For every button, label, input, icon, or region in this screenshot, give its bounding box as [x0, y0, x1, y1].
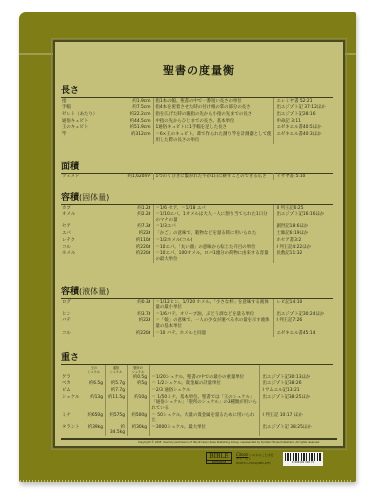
- section-heading-length: 長さ: [61, 83, 333, 98]
- unit-description: 1つのくびきに繋がれた牛が1日に耕すことのできる広さ: [153, 173, 273, 180]
- royal-shekel-value: [83, 374, 105, 381]
- unit-value: 約51.9cm: [123, 125, 153, 132]
- table-row: 手幅約7.5cm指4本を密着させた時の付け根の掌の部分の長さ出エジプト記 37:…: [61, 105, 333, 112]
- scripture-reference: I 列王記7:26: [273, 318, 333, 330]
- unit-description: 指1本の幅。聖書の中で一番短い長さの単位: [153, 98, 273, 105]
- scripture-reference: I サムエル記13:21: [259, 388, 333, 395]
- unit-value: 約220ℓ: [123, 330, 153, 337]
- section-heading-area: 面積: [61, 159, 333, 174]
- unit-description: ＝1/10エパ。1オメルは大人一人に割り当てられた1日分のマナの量: [153, 212, 273, 224]
- unit-value: 約220ℓ: [123, 251, 153, 263]
- scripture-reference: エレミヤ書 52:21: [273, 98, 333, 105]
- unit-description: 中指の先からひじまでの長さ。基本単位: [153, 118, 273, 125]
- unit-value: 約3.7ℓ: [123, 311, 153, 318]
- unit-name: エパ: [61, 231, 123, 238]
- clear-file-folder: 聖書の度量衡 長さ 指約1.9cm指1本の幅。聖書の中で一番短い長さの単位エレミ…: [19, 12, 356, 482]
- unit-value: 約7.5cm: [123, 105, 153, 112]
- table-row: レテク約110ℓ＝1/2ホメル(コル)ホセア書3:2: [61, 237, 333, 244]
- unit-name: ミナ: [61, 412, 83, 424]
- barcode: 4 943192 320 71: [283, 452, 323, 466]
- table-row: コル約220ℓ＝10エパ。「丸い器」の意味から転じた升目の単位I 列王記4:22…: [61, 244, 333, 251]
- area-table: ツェメド約1,620m²1つのくびきに繋がれた牛が1日に耕すことのできる広さイザ…: [61, 173, 333, 180]
- section-heading-weight: 重さ: [61, 350, 333, 365]
- unit-description: 指4本を密着させた時の付け根の掌の部分の長さ: [153, 105, 273, 112]
- unit-name: 指: [61, 98, 123, 105]
- unit-name: 竿: [61, 131, 123, 143]
- table-row: セア約7.3ℓ＝1/3エパ創世記18:6ほか: [61, 224, 333, 231]
- weight-col-name: [61, 365, 83, 374]
- table-row: ログ約0.3ℓ＝1/12ヒン、1/720 ホメル。「小さな杯」を意味する液体量の…: [61, 299, 333, 311]
- unit-description: 「かご」の意味で、穀物などを量る時に用いられた: [153, 231, 273, 238]
- unit-name: レテク: [61, 237, 123, 244]
- scripture-reference: 出エジプト記 38:25ほか: [259, 424, 333, 436]
- unit-name: コル: [61, 244, 123, 251]
- unit-description: ＝ 50シェケル。大量の貴金属を量るために用いられた: [149, 412, 259, 424]
- unit-name: ベカ: [61, 381, 83, 388]
- heading-text: 重さ: [61, 353, 79, 363]
- unit-name: タラント: [61, 424, 83, 436]
- heading-text: 容積: [61, 193, 79, 203]
- table-row: オメル約2.2ℓ＝1/10エパ。1オメルは大人一人に割り当てられた1日分のマナの…: [61, 212, 333, 224]
- weight-col-sanctuary: 聖所の シェケル: [127, 365, 149, 374]
- scripture-reference: 申命記 3:11: [273, 118, 333, 125]
- table-row: シェケル約13g約11.5g約10g＝ 1/50ミナ。基本単位。聖書では「王のシ…: [61, 394, 333, 412]
- table-row: 通俗キュビト約44.5cm中指の先からひじまでの長さ。基本単位申命記 3:11: [61, 118, 333, 125]
- table-row: ツェメド約1,620m²1つのくびきに繋がれた牛が1日に耕すことのできる広さイザ…: [61, 173, 333, 180]
- unit-description: ＝ 1/2シェケル。貴金属の計量単位: [149, 381, 259, 388]
- common-shekel-value: 約11.5g: [105, 394, 127, 412]
- unit-value: 約7.3ℓ: [123, 224, 153, 231]
- sanctuary-shekel-value: 約30kg: [127, 424, 149, 436]
- unit-value: 約312cm: [123, 131, 153, 143]
- weight-col-desc: [149, 365, 259, 374]
- logo-sub-text: KNOWLEDGE: [207, 460, 231, 464]
- scripture-reference: 出エジプト記28:16: [273, 111, 333, 118]
- table-row: コル約220ℓ＝10 バテ。ホメルと同量エゼキエル書45:14: [61, 330, 333, 337]
- length-table: 指約1.9cm指1本の幅。聖書の中で一番短い長さの単位エレミヤ書 52:21手幅…: [61, 98, 333, 144]
- common-shekel-value: [105, 374, 127, 381]
- unit-name: オメル: [61, 212, 123, 224]
- scripture-reference: I 列王記4:22ほか: [273, 244, 333, 251]
- unit-value: 約1,620m²: [123, 173, 153, 180]
- unit-value: 約1.9cm: [123, 98, 153, 105]
- heading-text: 容積: [61, 287, 79, 297]
- unit-name: コル: [61, 330, 123, 337]
- unit-description: ＝1/3エパ: [153, 224, 273, 231]
- unit-name: 通俗キュビト: [61, 118, 123, 125]
- scripture-reference: ホセア書3:2: [273, 237, 333, 244]
- weight-table: 王の シェケル 通俗 シェケル 聖所の シェケル ゲラ約0.5g＝1/20シェケ…: [61, 365, 333, 436]
- unit-value: 約22ℓ: [123, 318, 153, 330]
- unit-name: カブ: [61, 205, 123, 212]
- bottom-rule: [61, 438, 337, 440]
- unit-value: 約22.2cm: [123, 111, 153, 118]
- unit-value: 約1.2ℓ: [123, 205, 153, 212]
- unit-description: ＝「娘」の意味で、一人の少女が運べる水の量を示す液体量の基本単位: [153, 318, 273, 330]
- scripture-reference: 出エジプト記38:25ほか: [259, 394, 333, 412]
- unit-description: ＝10エパ。「丸い器」の意味から転じた升目の単位: [153, 244, 273, 251]
- sanctuary-shekel-value: 約500g: [127, 412, 149, 424]
- royal-shekel-value: [83, 388, 105, 395]
- scripture-reference: レビ記14:10: [273, 299, 333, 311]
- unit-value: 約2.2ℓ: [123, 212, 153, 224]
- barcode-number: 4 943192 320 71: [285, 461, 321, 464]
- table-row: ゲラ約0.5g＝1/20シェケル。聖書の中での最小の重量単位出エジプト記30:1…: [61, 374, 333, 381]
- document-sheet: 聖書の度量衡 長さ 指約1.9cm指1本の幅。聖書の中で一番短い長さの単位エレミ…: [53, 40, 345, 448]
- unit-description: ＝1/2ホメル(コル): [153, 237, 273, 244]
- common-shekel-value: 約7.7g: [105, 388, 127, 395]
- royal-shekel-value: 約6.5g: [83, 381, 105, 388]
- common-shekel-value: 約34.5kg: [105, 424, 127, 436]
- unit-description: ＝1/12ヒン、1/720 ホメル。「小さな杯」を意味する液体量の最小単位: [153, 299, 273, 311]
- copyright-notice: Copyright © 2005. Used by permission of …: [50, 441, 320, 444]
- unit-name: シェケル: [61, 394, 83, 412]
- unit-value: 約44.5cm: [123, 118, 153, 125]
- unit-description: ＝2/3 通俗シェケル: [149, 388, 259, 395]
- table-row: 竿約312cm＝6×王のキュビト。葦で作られた測り竿を計測器として使用した際の長…: [61, 131, 333, 143]
- table-row: ピム約7.7g＝2/3 通俗シェケルI サムエル記13:21: [61, 388, 333, 395]
- scripture-reference: イザヤ書 5:10: [273, 173, 333, 180]
- table-row: 指約1.9cm指1本の幅。聖書の中で一番短い長さの単位エレミヤ書 52:21: [61, 98, 333, 105]
- scripture-reference: 出エジプト記30:13ほか: [259, 374, 333, 381]
- common-shekel-value: 約575g: [105, 412, 127, 424]
- table-row: タラント約39kg約34.5kg約30kg＝3000シェケル。最大単位出エジプト…: [61, 424, 333, 436]
- table-row: ゼレト（あたり）約22.2cm指を広げた時の親指の先から小指の先までの長さ出エジ…: [61, 111, 333, 118]
- unit-value: 約220ℓ: [123, 244, 153, 251]
- page-title: 聖書の度量衡: [61, 62, 337, 78]
- unit-name: ゲラ: [61, 374, 83, 381]
- unit-name: 王のキュビト: [61, 125, 123, 132]
- scripture-reference: 士師記6:19ほか: [273, 231, 333, 238]
- unit-description: ＝1/6 セア、＝1/18 エパ: [153, 205, 273, 212]
- weight-col-royal: 王の シェケル: [83, 365, 105, 374]
- barcode-bars: [285, 453, 321, 461]
- scripture-reference: エゼキエル書45:14: [273, 330, 333, 337]
- logo-main-text: BIBLE: [207, 453, 231, 460]
- unit-description: ＝6×王のキュビト。葦で作られた測り竿を計測器として使用した際の長さの単位: [153, 131, 273, 143]
- subheading-text: (液体量): [79, 287, 109, 296]
- weight-col-ref: [259, 365, 333, 374]
- perforation-line: [20, 480, 353, 483]
- royal-shekel-value: 約39kg: [83, 424, 105, 436]
- unit-value: 約0.3ℓ: [123, 299, 153, 311]
- unit-description: ＝1/20シェケル。聖書の中での最小の重量単位: [149, 374, 259, 381]
- scripture-reference: 出エジプト記 37:12ほか: [273, 105, 333, 112]
- sanctuary-shekel-value: 約0.5g: [127, 374, 149, 381]
- unit-name: ピム: [61, 388, 83, 395]
- unit-value: 約110ℓ: [123, 237, 153, 244]
- product-code: 93070 L-Hold(OPD-2/F): [236, 462, 273, 466]
- unit-name: バテ: [61, 318, 123, 330]
- bible-knowledge-logo: BIBLE KNOWLEDGE: [206, 452, 232, 464]
- unit-name: セア: [61, 224, 123, 231]
- unit-name: ツェメド: [61, 173, 123, 180]
- scripture-reference: 出エジプト記16:16ほか: [273, 212, 333, 224]
- unit-description: ＝10 バテ。ホメルと同量: [153, 330, 273, 337]
- unit-name: ゼレト（あたり）: [61, 111, 123, 118]
- unit-description: ＝3000シェケル。最大単位: [149, 424, 259, 436]
- scripture-reference: 出エジプト記30:24ほか: [273, 311, 333, 318]
- sanctuary-shekel-value: 約5g: [127, 381, 149, 388]
- scripture-reference: II 列王記6:25: [273, 205, 333, 212]
- table-row: ヒン約3.7ℓ＝1/6バテ。オリーブ油、ぶどう酒などを量る単位出エジプト記30:…: [61, 311, 333, 318]
- section-heading-dry-volume: 容積(固体量): [61, 190, 333, 205]
- section-heading-liquid-volume: 容積(液体量): [61, 284, 333, 299]
- table-row: ホメル約220ℓ＝10エパ、100オメル。ロバ1頭分の荷物に由来する容量の最大単…: [61, 251, 333, 263]
- unit-description: 1通俗キュビトに1手幅を足した長さ: [153, 125, 273, 132]
- unit-description: ＝10エパ、100オメル。ロバ1頭分の荷物に由来する容量の最大単位: [153, 251, 273, 263]
- scripture-reference: 出エジプト記38:26: [259, 381, 333, 388]
- table-row: 王のキュビト約51.9cm1通俗キュビトに1手幅を足した長さエゼキエル書40:5…: [61, 125, 333, 132]
- table-row: ベカ約6.5g約5.7g約5g＝ 1/2シェケル。貴金属の計量単位出エジプト記3…: [61, 381, 333, 388]
- table-row: エパ約22ℓ「かご」の意味で、穀物などを量る時に用いられた士師記6:19ほか: [61, 231, 333, 238]
- common-shekel-value: 約5.7g: [105, 381, 127, 388]
- unit-description: ＝ 1/50ミナ。基本単位。聖書では「王のシェケル」「通俗シェケル」「聖所のシェ…: [149, 394, 259, 412]
- scripture-reference: エゼキエル書40:5ほか: [273, 125, 333, 132]
- dry-volume-table: カブ約1.2ℓ＝1/6 セア、＝1/18 エパII 列王記6:25オメル約2.2…: [61, 205, 333, 263]
- heading-text: 面積: [61, 162, 79, 172]
- royal-shekel-value: 約13g: [83, 394, 105, 412]
- table-row: バテ約22ℓ＝「娘」の意味で、一人の少女が運べる水の量を示す液体量の基本単位I …: [61, 318, 333, 330]
- sanctuary-shekel-value: 約10g: [127, 394, 149, 412]
- weight-col-common: 通俗 シェケル: [105, 365, 127, 374]
- subheading-text: (固体量): [79, 193, 109, 202]
- unit-description: 指を広げた時の親指の先から小指の先までの長さ: [153, 111, 273, 118]
- scripture-reference: 創世記18:6ほか: [273, 224, 333, 231]
- table-row: ミナ約650g約575g約500g＝ 50シェケル。大量の貴金属を量るために用い…: [61, 412, 333, 424]
- unit-description: ＝1/6バテ。オリーブ油、ぶどう酒などを量る単位: [153, 311, 273, 318]
- unit-value: 約22ℓ: [123, 231, 153, 238]
- table-row: カブ約1.2ℓ＝1/6 セア、＝1/18 エパII 列王記6:25: [61, 205, 333, 212]
- heading-text: 長さ: [61, 86, 79, 96]
- sanctuary-shekel-value: [127, 388, 149, 395]
- unit-name: ログ: [61, 299, 123, 311]
- publisher-info: Ciloon いのちのことば社 クリ・スト 93070 L-Hold(OPD-2…: [236, 452, 273, 466]
- scripture-reference: I 列王記 10:17 ほか: [259, 412, 333, 424]
- scripture-reference: エゼキエル書40:3ほか: [273, 131, 333, 143]
- royal-shekel-value: 約650g: [83, 412, 105, 424]
- scripture-reference: 民数記11:32: [273, 251, 333, 263]
- liquid-volume-table: ログ約0.3ℓ＝1/12ヒン、1/720 ホメル。「小さな杯」を意味する液体量の…: [61, 299, 333, 337]
- unit-name: ヒン: [61, 311, 123, 318]
- unit-name: 手幅: [61, 105, 123, 112]
- unit-name: ホメル: [61, 251, 123, 263]
